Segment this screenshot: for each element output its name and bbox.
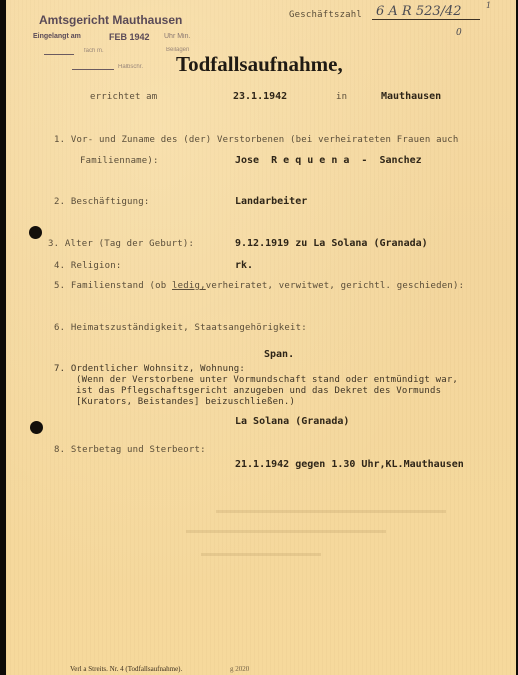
stamp-time-label: Uhr Min. — [164, 33, 190, 40]
handwritten-mark: 1 — [486, 1, 491, 10]
item-7-note-2: ist das Pflegschaftsgericht anzugeben un… — [76, 386, 441, 396]
item-6-label: 6. Heimatszuständigkeit, Staatsangehörig… — [54, 323, 307, 333]
item-7-value: La Solana (Granada) — [235, 416, 349, 427]
item-2-value: Landarbeiter — [235, 196, 307, 207]
item-7-label: 7. Ordentlicher Wohnsitz, Wohnung: — [54, 364, 245, 374]
item-4-value: rk. — [235, 260, 253, 271]
item-7-note-3: [Kurators, Beistandes] beizuschließen.) — [76, 397, 295, 407]
established-place: Mauthausen — [381, 91, 441, 102]
bleed-through — [201, 553, 321, 556]
case-number-underline — [372, 19, 480, 20]
item-5-selected-status: ledig, — [172, 281, 206, 291]
handwritten-mark-2: 0 — [456, 28, 462, 38]
item-8-label: 8. Sterbetag und Sterbeort: — [54, 445, 206, 455]
item-4-label: 4. Religion: — [54, 261, 121, 271]
established-label: errichtet am — [90, 92, 157, 102]
item-5-label: 5. Familienstand (ob ledig,verheiratet, … — [54, 281, 464, 291]
stamp-line — [72, 69, 114, 70]
item-7-note-1: (Wenn der Verstorbene unter Vormundschaf… — [76, 375, 458, 385]
document-page: Amtsgericht Mauthausen Eingelangt am FEB… — [6, 0, 516, 675]
stamp-line3: fach m. — [84, 48, 104, 54]
item-1-label-2: Familienname): — [80, 156, 159, 166]
item-8-value: 21.1.1942 gegen 1.30 Uhr,KL.Mauthausen — [235, 459, 464, 470]
stamp-received-date: FEB 1942 — [109, 32, 150, 42]
established-date: 23.1.1942 — [233, 91, 287, 102]
item-2-label: 2. Beschäftigung: — [54, 197, 150, 207]
court-stamp-title: Amtsgericht Mauthausen — [39, 13, 182, 27]
form-footer-label: Verl a Streits. Nr. 4 (Todfallsaufnahme)… — [70, 665, 182, 673]
item-3-value: 9.12.1919 zu La Solana (Granada) — [235, 238, 428, 249]
item-1-value: Jose R e q u e n a - Sanchez — [235, 155, 422, 166]
item-1-label: 1. Vor- und Zuname des (der) Verstorbene… — [54, 135, 459, 145]
stamp-line4: Halbschr. — [118, 64, 143, 70]
stamp-received-label: Eingelangt am — [33, 33, 81, 40]
case-number-label: Geschäftszahl — [289, 10, 362, 20]
punch-hole — [29, 226, 42, 239]
document-title: Todfallsaufnahme, — [176, 52, 343, 77]
case-number-value: 6 A R 523/42 — [376, 4, 462, 19]
established-in-label: in — [336, 92, 347, 102]
item-3-label: 3. Alter (Tag der Geburt): — [48, 239, 194, 249]
bleed-through — [216, 510, 446, 513]
bleed-through — [186, 530, 386, 533]
punch-hole — [30, 421, 43, 434]
stamp-line — [44, 54, 74, 55]
item-6-value: Span. — [264, 349, 294, 360]
form-footer-code: g 2020 — [230, 665, 249, 673]
